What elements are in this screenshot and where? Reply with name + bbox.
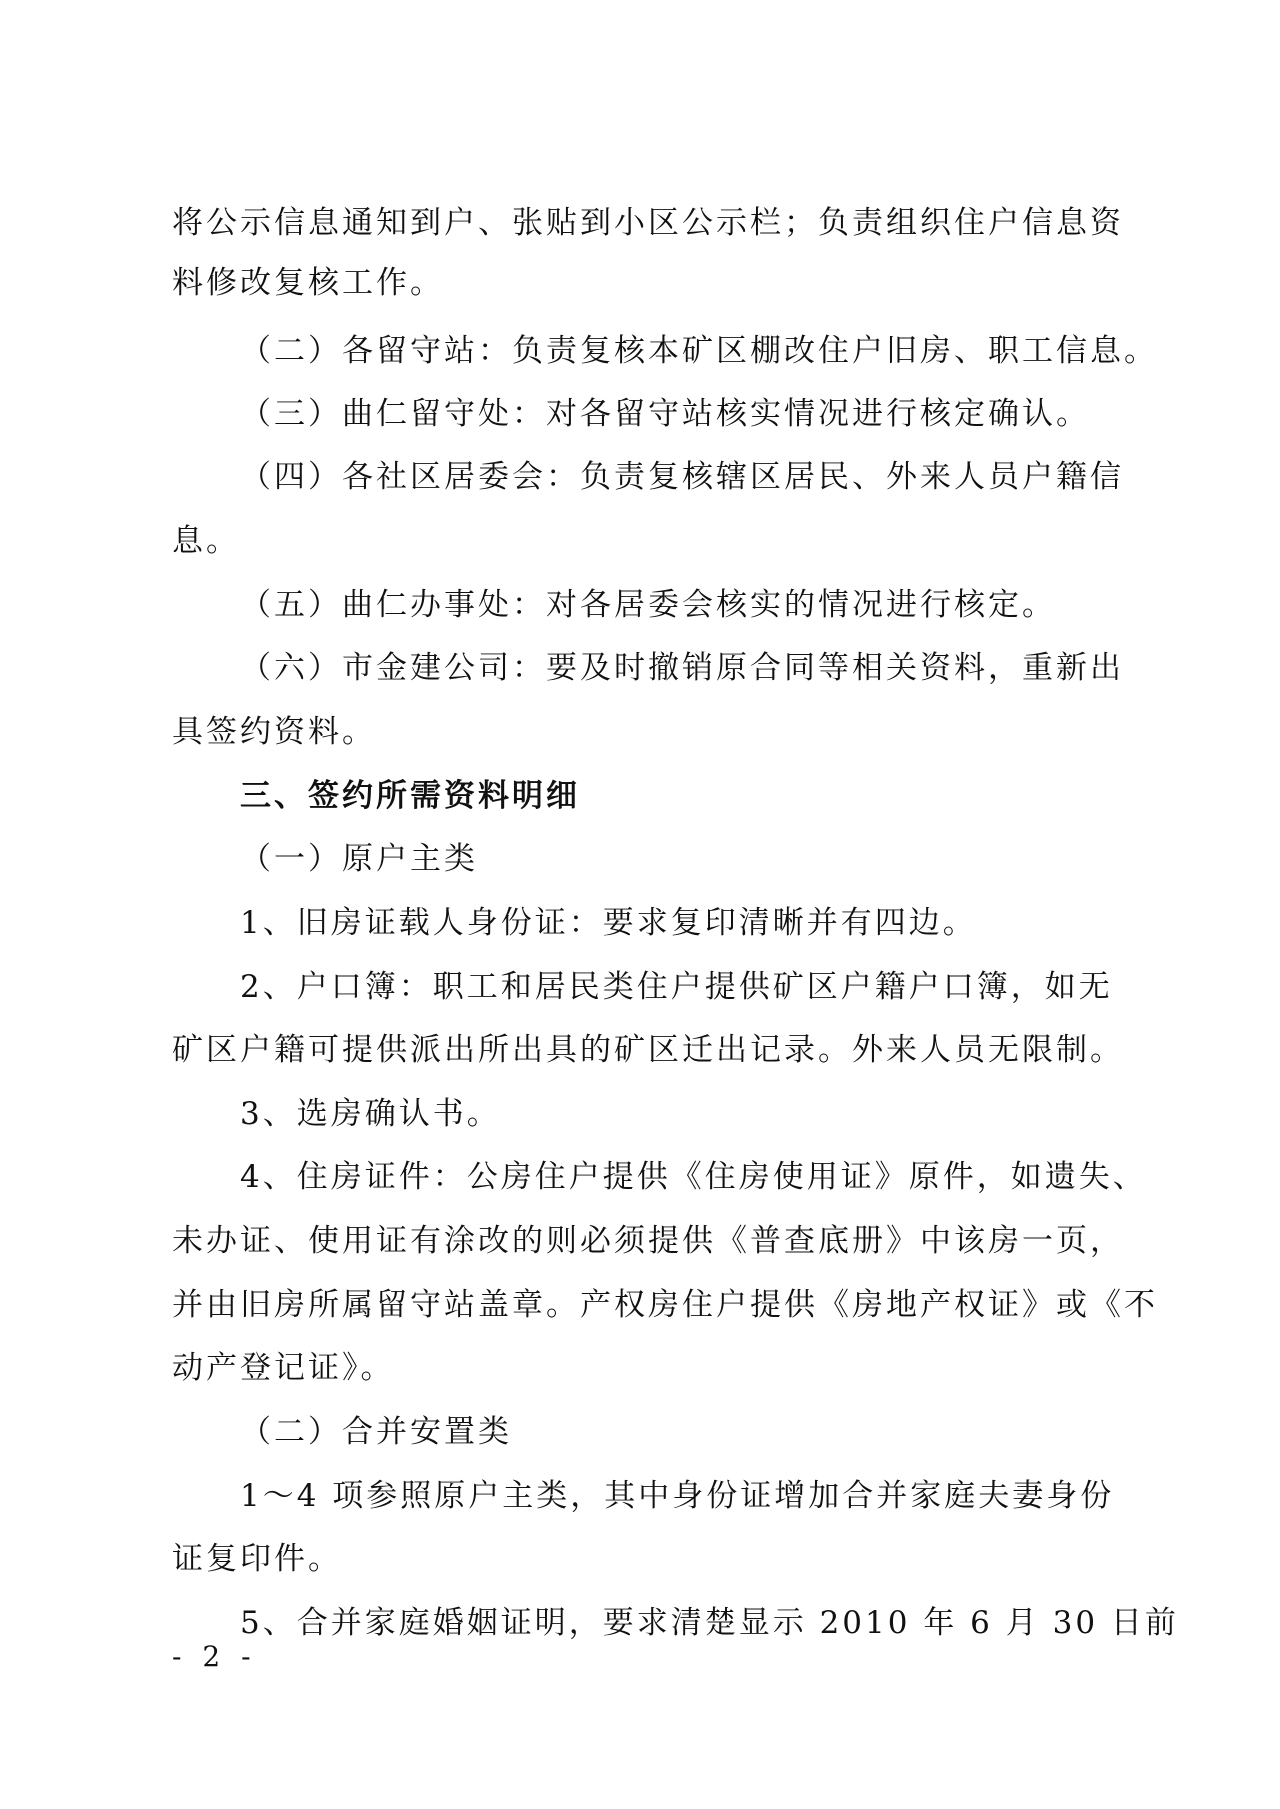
text-line: 1、旧房证载人身份证：要求复印清晰并有四边。 — [240, 903, 977, 943]
text-line: 4、住房证件：公房住户提供《住房使用证》原件，如遗失、 — [240, 1157, 1147, 1197]
text-line: （二）各留守站：负责复核本矿区棚改住户旧房、职工信息。 — [240, 331, 1158, 371]
text-line: 3、选房确认书。 — [240, 1094, 501, 1134]
text-line: 动产登记证》。 — [172, 1348, 395, 1388]
text-line: （六）市金建公司：要及时撤销原合同等相关资料，重新出 — [240, 648, 1124, 688]
text-line: （二）合并安置类 — [240, 1412, 512, 1452]
text-line: （四）各社区居委会：负责复核辖区居民、外来人员户籍信 — [240, 457, 1124, 497]
text-line: 证复印件。 — [172, 1539, 342, 1579]
text-line: 未办证、使用证有涂改的则必须提供《普查底册》中该房一页， — [172, 1221, 1124, 1261]
text-line: 5、合并家庭婚姻证明，要求清楚显示 2010 年 6 月 30 日前 — [240, 1603, 1179, 1643]
page-number: - 2 - — [172, 1640, 257, 1673]
text-line: （五）曲仁办事处：对各居委会核实的情况进行核定。 — [240, 585, 1056, 625]
section-heading: 三、签约所需资料明细 — [240, 776, 580, 816]
text-line: 具签约资料。 — [172, 712, 376, 752]
text-line: 料修改复核工作。 — [172, 263, 444, 303]
text-line: （三）曲仁留守处：对各留守站核实情况进行核定确认。 — [240, 394, 1090, 434]
text-line: 息。 — [172, 521, 240, 561]
text-line: 2、户口簿：职工和居民类住户提供矿区户籍户口簿，如无 — [240, 967, 1113, 1007]
document-page: 将公示信息通知到户、张贴到小区公示栏；负责组织住户信息资料修改复核工作。（二）各… — [0, 0, 1280, 1809]
text-line: 1～4 项参照原户主类，其中身份证增加合并家庭夫妻身份 — [240, 1476, 1114, 1516]
text-line: 矿区户籍可提供派出所出具的矿区迁出记录。外来人员无限制。 — [172, 1030, 1124, 1070]
text-line: 并由旧房所属留守站盖章。产权房住户提供《房地产权证》或《不 — [172, 1285, 1158, 1325]
text-line: 将公示信息通知到户、张贴到小区公示栏；负责组织住户信息资 — [172, 203, 1124, 243]
text-line: （一）原户主类 — [240, 839, 478, 879]
